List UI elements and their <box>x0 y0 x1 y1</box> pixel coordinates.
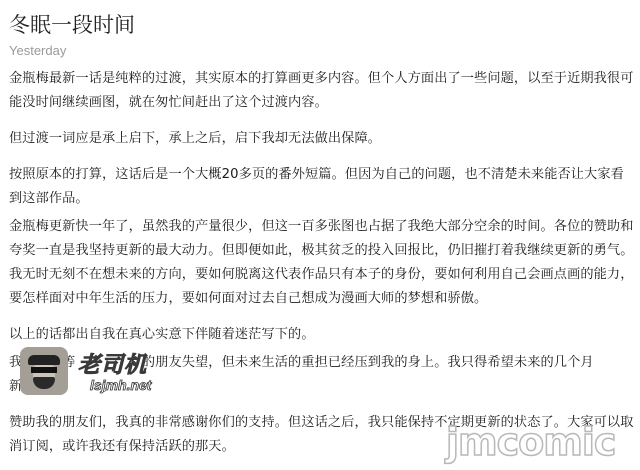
post-title: 冬眠一段时间 <box>9 10 634 40</box>
driver-avatar-icon <box>20 347 68 395</box>
paragraph-4: 金瓶梅更新快一年了，虽然我的产量很少，但这一百多张图也占据了我绝大部分空余的时间… <box>9 215 634 311</box>
paragraph-2: 但过渡一词应是承上启下，承上之后，启下我却无法做出保障。 <box>9 127 381 151</box>
watermark-lsjmh: 老司机 lsjmh.net <box>20 347 170 387</box>
watermark-url-text: lsjmh.net <box>90 377 151 393</box>
paragraph-1: 金瓶梅最新一话是纯粹的过渡，其实原本的打算画更多内容。但个人方面出了一些问题，以… <box>9 67 634 115</box>
watermark-jmcomic: jmcomic <box>446 420 615 464</box>
paragraph-3: 按照原本的打算，这话后是一个大概20多页的番外短篇。但因为自己的问题，也不清楚未… <box>9 163 634 211</box>
paragraph-5: 以上的话都出自我在真心实意下伴随着迷茫写下的。 <box>9 323 315 347</box>
post: 冬眠一段时间 Yesterday <box>9 10 634 60</box>
watermark-brand-text: 老司机 <box>78 348 147 379</box>
post-date: Yesterday <box>9 42 634 60</box>
